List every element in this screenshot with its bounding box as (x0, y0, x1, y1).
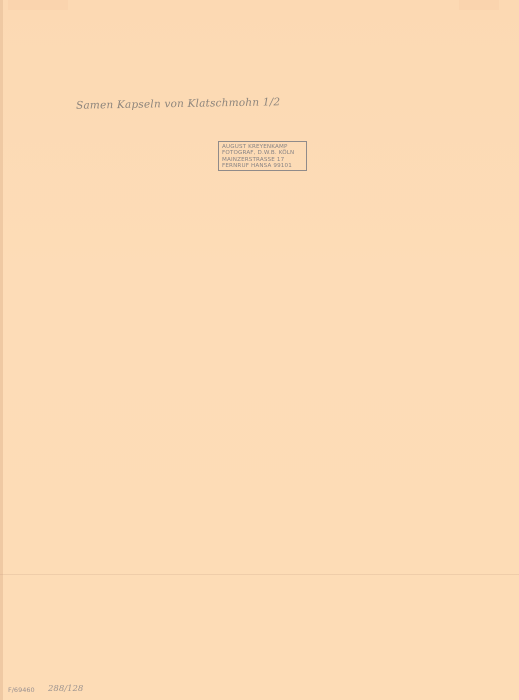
document-page: Samen Kapseln von Klatschmohn 1/2 AUGUST… (0, 0, 519, 700)
stamp-line-phone: FERNRUF HANSA 99101 (222, 163, 304, 169)
photographer-stamp: AUGUST KREYENKAMP FOTOGRAF, D.W.B. KÖLN … (218, 141, 307, 171)
paper-crease (0, 574, 519, 575)
catalog-number: F/69460 (8, 686, 35, 694)
paper-stain (459, 0, 499, 10)
stamp-line-profession: FOTOGRAF, D.W.B. KÖLN (222, 150, 304, 156)
paper-stain (8, 0, 68, 10)
handwritten-caption: Samen Kapseln von Klatschmohn 1/2 (76, 96, 281, 112)
reference-number: 288/128 (48, 684, 83, 694)
paper-edge (0, 0, 3, 700)
